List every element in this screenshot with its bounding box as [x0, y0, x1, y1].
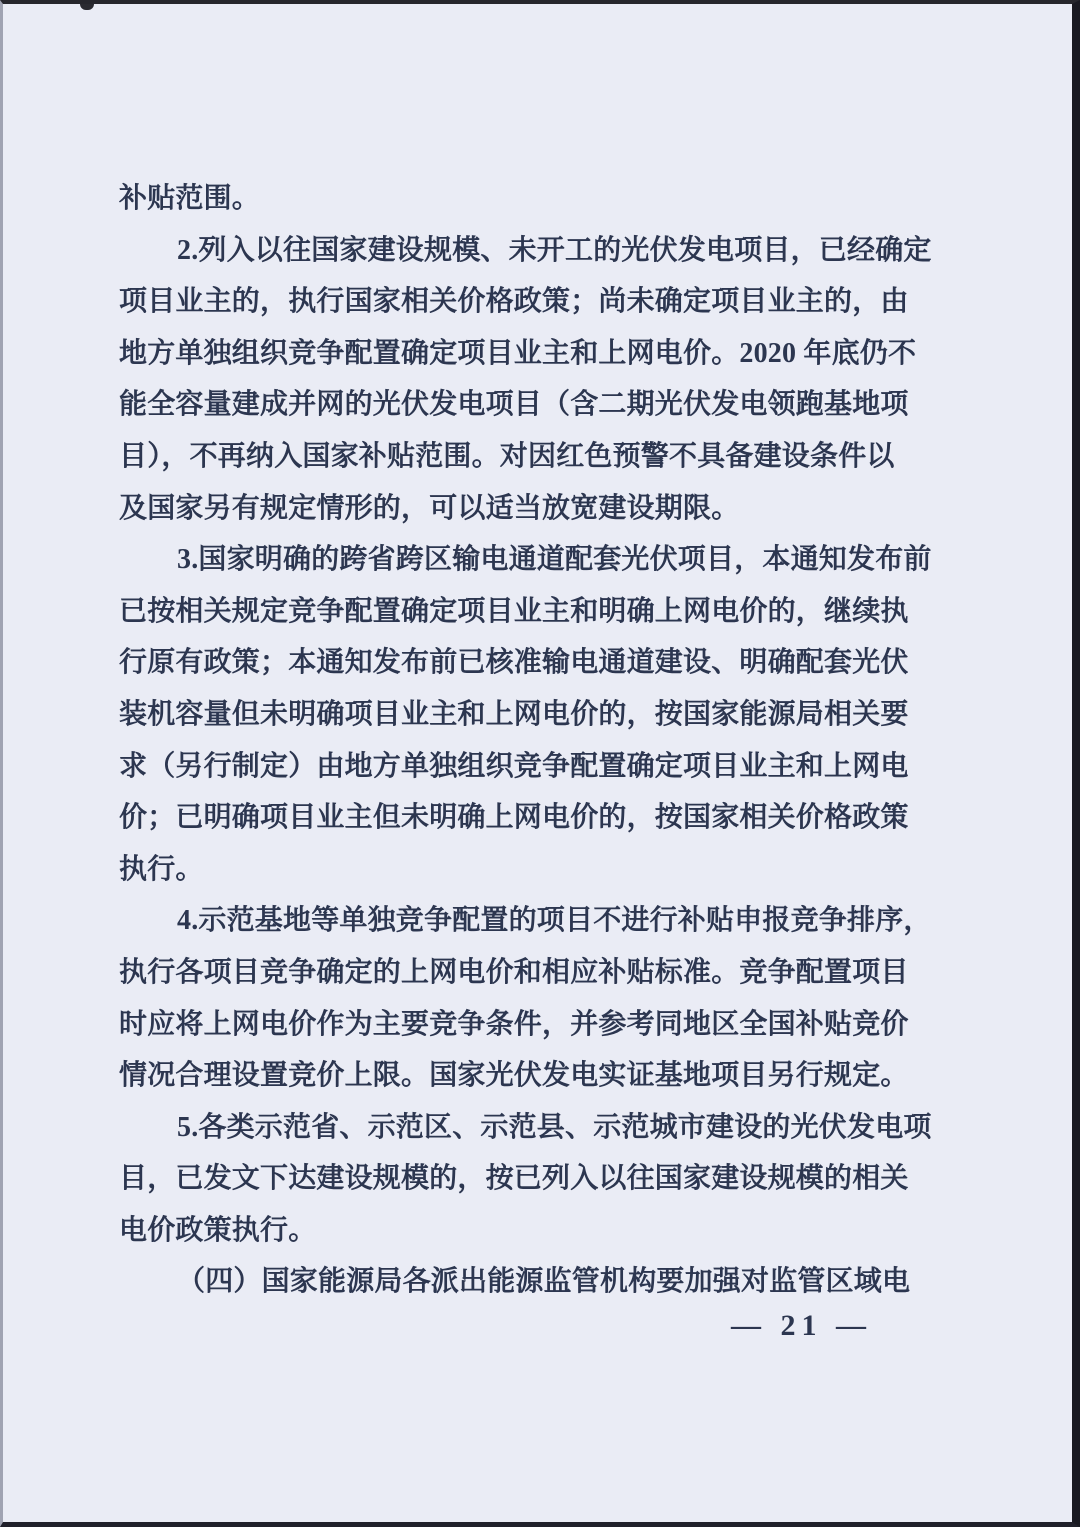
document-line: 4.示范基地等单独竞争配置的项目不进行补贴申报竞争排序，	[119, 895, 902, 947]
document-line: 补贴范围。	[119, 173, 902, 225]
document-line: 能全容量建成并网的光伏发电项目（含二期光伏发电领跑基地项	[119, 379, 902, 431]
document-line: 价；已明确项目业主但未明确上网电价的，按国家相关价格政策	[119, 792, 902, 844]
document-line: （四）国家能源局各派出能源监管机构要加强对监管区域电	[119, 1256, 902, 1308]
document-line: 2.列入以往国家建设规模、未开工的光伏发电项目，已经确定	[119, 225, 902, 277]
document-line: 电价政策执行。	[119, 1205, 902, 1257]
document-line: 装机容量但未明确项目业主和上网电价的，按国家能源局相关要	[119, 689, 902, 741]
document-line: 目，已发文下达建设规模的，按已列入以往国家建设规模的相关	[119, 1153, 902, 1205]
document-line: 情况合理设置竞价上限。国家光伏发电实证基地项目另行规定。	[119, 1050, 902, 1102]
document-line: 时应将上网电价作为主要竞争条件，并参考同地区全国补贴竞价	[119, 999, 902, 1051]
document-line: 已按相关规定竞争配置确定项目业主和明确上网电价的，继续执	[119, 586, 902, 638]
document-line: 目），不再纳入国家补贴范围。对因红色预警不具备建设条件以	[119, 431, 902, 483]
page-number: — 21 —	[731, 1309, 872, 1343]
document-body: 补贴范围。 2.列入以往国家建设规模、未开工的光伏发电项目，已经确定 项目业主的…	[3, 4, 1072, 1308]
document-line: 5.各类示范省、示范区、示范县、示范城市建设的光伏发电项	[119, 1102, 902, 1154]
document-line: 执行各项目竞争确定的上网电价和相应补贴标准。竞争配置项目	[119, 947, 902, 999]
document-line: 地方单独组织竞争配置确定项目业主和上网电价。2020 年底仍不	[119, 328, 902, 380]
document-line: 行原有政策；本通知发布前已核准输电通道建设、明确配套光伏	[119, 637, 902, 689]
document-page: 补贴范围。 2.列入以往国家建设规模、未开工的光伏发电项目，已经确定 项目业主的…	[0, 0, 1080, 1527]
document-line: 项目业主的，执行国家相关价格政策；尚未确定项目业主的，由	[119, 276, 902, 328]
document-line: 3.国家明确的跨省跨区输电通道配套光伏项目，本通知发布前	[119, 534, 902, 586]
document-line: 求（另行制定）由地方单独组织竞争配置确定项目业主和上网电	[119, 741, 902, 793]
document-line: 及国家另有规定情形的，可以适当放宽建设期限。	[119, 483, 902, 535]
document-line: 执行。	[119, 844, 902, 896]
